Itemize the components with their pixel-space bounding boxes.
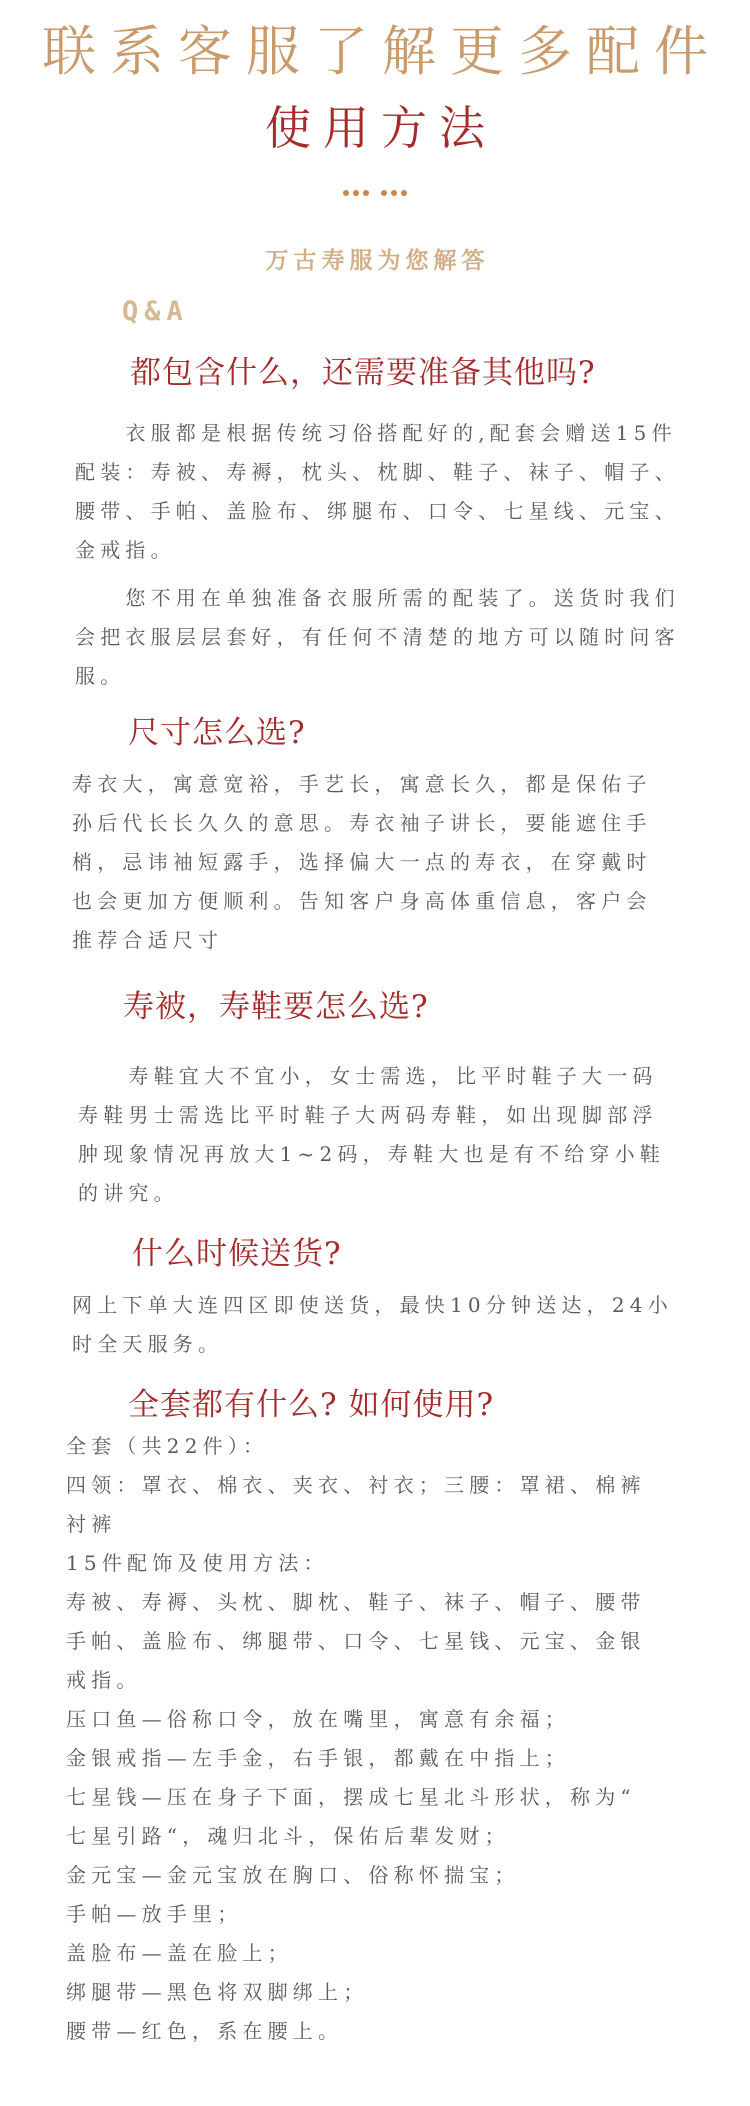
dot-group-right: [381, 190, 407, 196]
text-line: 盖脸布—盖在脸上；: [66, 1934, 646, 1973]
text-line: 衬裤: [66, 1505, 646, 1544]
question-heading-contents: 都包含什么，还需要准备其他吗?: [130, 352, 596, 394]
text-line: 推荐合适尺寸: [72, 921, 652, 960]
text-line: 金银戒指—左手金，右手银，都戴在中指上；: [66, 1739, 646, 1778]
dot-icon: [343, 190, 349, 196]
text-line: 四领：罩衣、棉衣、夹衣、衬衣；三腰：罩裙、棉裤: [66, 1466, 646, 1505]
answer-paragraph: 您不用在单独准备衣服所需的配装了。送货时我们 会把衣服层层套好，有任何不清楚的地…: [75, 579, 680, 696]
text-line: 也会更加方便顺利。告知客户身高体重信息，客户会: [72, 882, 652, 921]
text-line: 肿现象情况再放大1~2码，寿鞋大也是有不给穿小鞋: [78, 1135, 665, 1174]
text-line: 15件配饰及使用方法：: [66, 1544, 646, 1583]
dot-icon: [363, 190, 369, 196]
answer-paragraph: 寿鞋宜大不宜小，女士需选，比平时鞋子大一码 寿鞋男士需选比平时鞋子大两码寿鞋，如…: [78, 1057, 665, 1213]
page-subtitle: 使用方法: [0, 98, 750, 158]
dot-icon: [391, 190, 397, 196]
text-line: 寿衣大，寓意宽裕，手艺长，寓意长久，都是保佑子: [72, 765, 652, 804]
text-line: 戒指。: [66, 1661, 646, 1700]
question-heading-size: 尺寸怎么选?: [128, 712, 306, 754]
text-line: 梢，忌讳袖短露手，选择偏大一点的寿衣，在穿戴时: [72, 843, 652, 882]
text-line: 腰带、手帕、盖脸布、绑腿布、口令、七星线、元宝、: [75, 492, 680, 531]
question-heading-shoes: 寿被，寿鞋要怎么选?: [123, 986, 429, 1028]
text-line: 金戒指。: [75, 531, 680, 570]
answer-paragraph: 网上下单大连四区即使送货，最快10分钟送达，24小 时全天服务。: [72, 1286, 673, 1364]
text-line: 压口鱼—俗称口令，放在嘴里，寓意有余福；: [66, 1700, 646, 1739]
answer-paragraph: 衣服都是根据传统习俗搭配好的,配套会赠送15件 配装：寿被、寿褥，枕头、枕脚、鞋…: [75, 414, 680, 570]
text-line: 绑腿带—黑色将双脚绑上；: [66, 1973, 646, 2012]
text-line: 手帕、盖脸布、绑腿带、口令、七星钱、元宝、金银: [66, 1622, 646, 1661]
text-line: 网上下单大连四区即使送货，最快10分钟送达，24小: [72, 1286, 673, 1325]
text-line: 寿鞋男士需选比平时鞋子大两码寿鞋，如出现脚部浮: [78, 1096, 665, 1135]
text-line: 金元宝—金元宝放在胸口、俗称怀揣宝；: [66, 1856, 646, 1895]
text-line: 会把衣服层层套好，有任何不清楚的地方可以随时问客: [75, 618, 680, 657]
answer-paragraph: 全套（共22件）： 四领：罩衣、棉衣、夹衣、衬衣；三腰：罩裙、棉裤 衬裤 15件…: [66, 1427, 646, 2051]
text-line: 全套（共22件）：: [66, 1427, 646, 1466]
text-line: 的讲究。: [78, 1174, 665, 1213]
page-title: 联系客服了解更多配件: [0, 18, 750, 86]
dot-icon: [381, 190, 387, 196]
text-line: 您不用在单独准备衣服所需的配装了。送货时我们: [75, 579, 680, 618]
text-line: 衣服都是根据传统习俗搭配好的,配套会赠送15件: [75, 414, 680, 453]
dot-icon: [353, 190, 359, 196]
text-line: 寿被、寿褥、头枕、脚枕、鞋子、袜子、帽子、腰带: [66, 1583, 646, 1622]
text-line: 腰带—红色，系在腰上。: [66, 2012, 646, 2051]
text-line: 配装：寿被、寿褥，枕头、枕脚、鞋子、袜子、帽子、: [75, 453, 680, 492]
text-line: 服。: [75, 657, 680, 696]
tagline: 万古寿服为您解答: [0, 246, 750, 276]
text-line: 孙后代长长久久的意思。寿衣袖子讲长，要能遮住手: [72, 804, 652, 843]
text-line: 寿鞋宜大不宜小，女士需选，比平时鞋子大一码: [78, 1057, 665, 1096]
divider-dots: [0, 190, 750, 196]
qa-label: Q&A: [122, 294, 189, 330]
dot-group-left: [343, 190, 369, 196]
answer-paragraph: 寿衣大，寓意宽裕，手艺长，寓意长久，都是保佑子 孙后代长长久久的意思。寿衣袖子讲…: [72, 765, 652, 960]
question-heading-delivery: 什么时候送货?: [132, 1233, 342, 1275]
text-line: 手帕—放手里；: [66, 1895, 646, 1934]
text-line: 七星引路“，魂归北斗，保佑后辈发财；: [66, 1817, 646, 1856]
text-line: 七星钱—压在身子下面，摆成七星北斗形状，称为“: [66, 1778, 646, 1817]
text-line: 时全天服务。: [72, 1325, 673, 1364]
question-heading-full-set: 全套都有什么? 如何使用?: [128, 1384, 494, 1426]
dot-icon: [401, 190, 407, 196]
